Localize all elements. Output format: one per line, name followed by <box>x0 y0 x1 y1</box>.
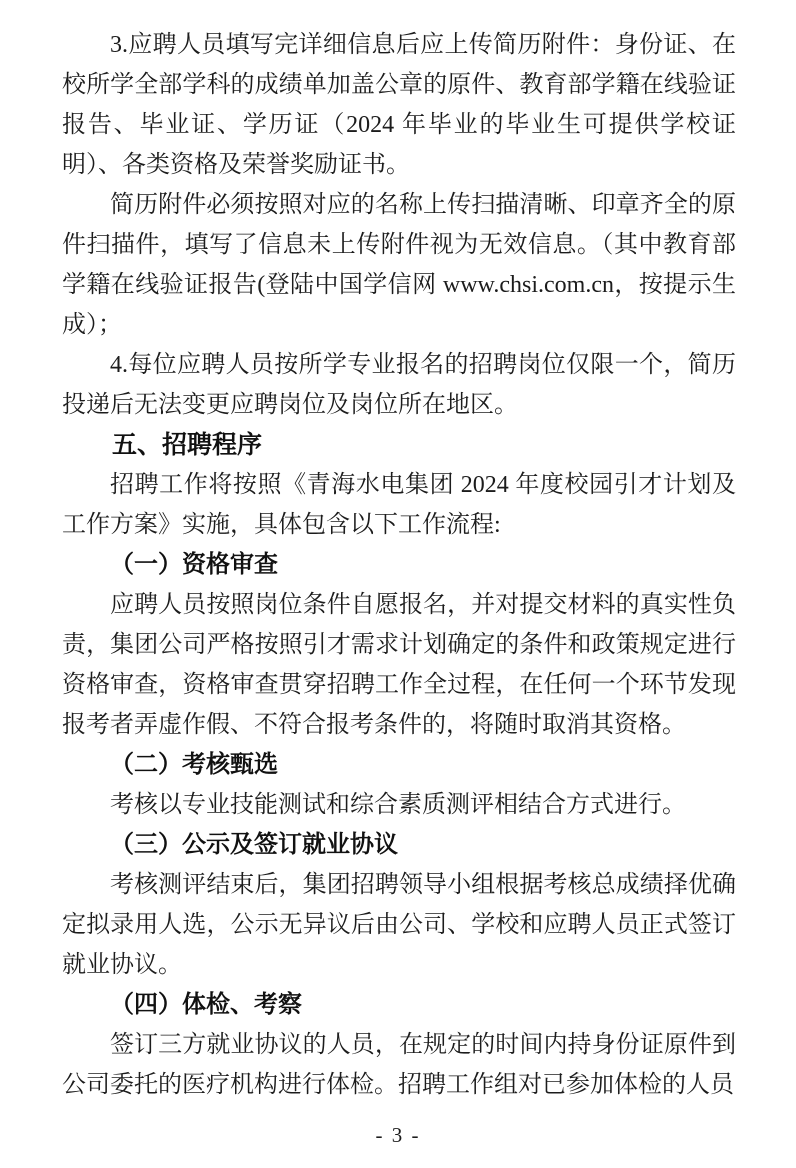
heading-physical-exam-inspection: （四）体检、考察 <box>62 985 736 1025</box>
heading-qualification-review: （一）资格审查 <box>62 545 736 585</box>
paragraph-publicity-agreement: 考核测评结束后，集团招聘领导小组根据考核总成绩择优确定拟录用人选，公示无异议后由… <box>62 865 736 985</box>
paragraph-resume-attachments: 3.应聘人员填写完详细信息后应上传简历附件：身份证、在校所学全部学科的成绩单加盖… <box>62 25 736 185</box>
paragraph-attachment-requirements: 简历附件必须按照对应的名称上传扫描清晰、印章齐全的原件扫描件，填写了信息未上传附… <box>62 185 736 345</box>
heading-recruitment-procedure: 五、招聘程序 <box>62 425 736 465</box>
document-page: 3.应聘人员填写完详细信息后应上传简历附件：身份证、在校所学全部学科的成绩单加盖… <box>0 0 796 1168</box>
heading-publicity-agreement: （三）公示及签订就业协议 <box>62 825 736 865</box>
heading-assessment-selection: （二）考核甄选 <box>62 745 736 785</box>
paragraph-assessment-method: 考核以专业技能测试和综合素质测评相结合方式进行。 <box>62 785 736 825</box>
document-body: 3.应聘人员填写完详细信息后应上传简历附件：身份证、在校所学全部学科的成绩单加盖… <box>62 25 736 1105</box>
page-number: - 3 - <box>0 1123 796 1148</box>
paragraph-procedure-intro: 招聘工作将按照《青海水电集团 2024 年度校园引才计划及工作方案》实施，具体包… <box>62 465 736 545</box>
paragraph-position-limit: 4.每位应聘人员按所学专业报名的招聘岗位仅限一个，简历投递后无法变更应聘岗位及岗… <box>62 345 736 425</box>
paragraph-physical-exam: 签订三方就业协议的人员，在规定的时间内持身份证原件到公司委托的医疗机构进行体检。… <box>62 1025 736 1105</box>
paragraph-qualification-review: 应聘人员按照岗位条件自愿报名，并对提交材料的真实性负责，集团公司严格按照引才需求… <box>62 585 736 745</box>
